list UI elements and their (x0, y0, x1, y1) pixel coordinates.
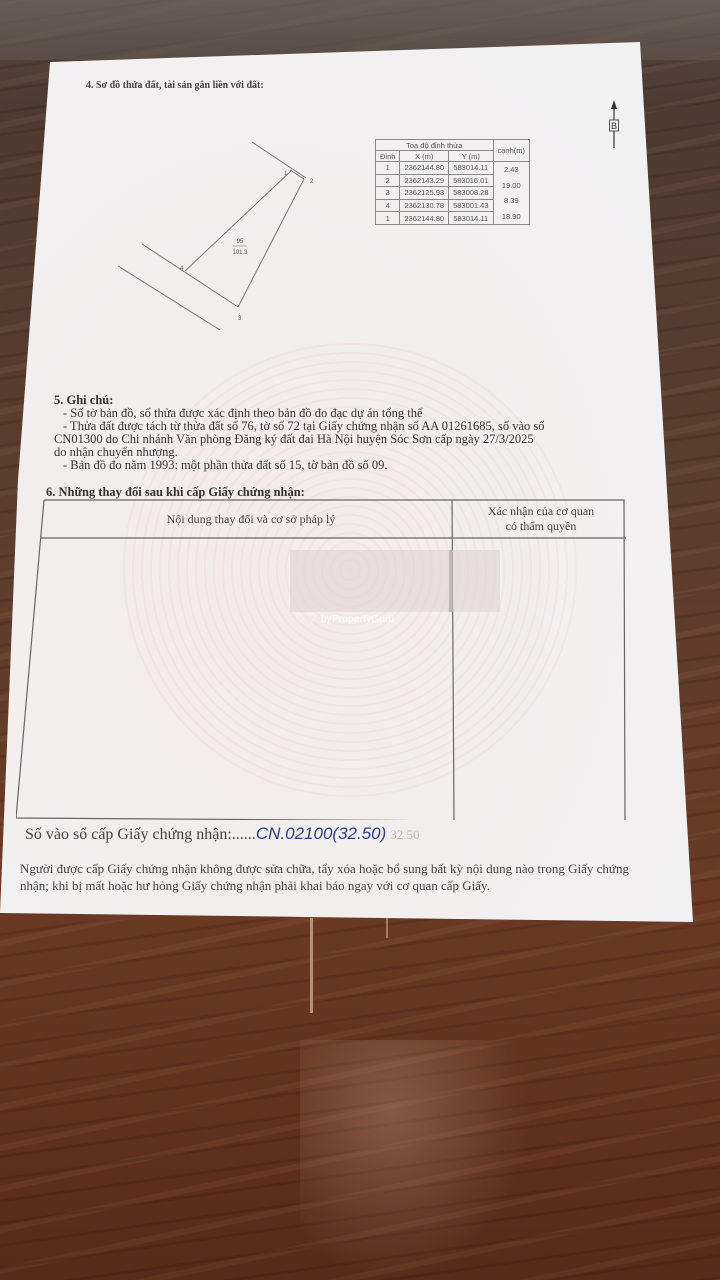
north-arrow-icon: B (607, 100, 621, 150)
coord-group-header: Toạ độ đỉnh thửa (376, 140, 494, 151)
registration-handwritten-value: CN.02100(32.50) (256, 824, 386, 843)
changes-table: Nội dung thay đổi và cơ sở pháp lý Xác n… (16, 498, 626, 820)
col-vertex: Đỉnh (376, 151, 400, 162)
svg-text:2: 2 (310, 179, 314, 185)
notes-section: 5. Ghi chú: - Số tờ bản đồ, số thửa được… (54, 394, 644, 472)
svg-text:95: 95 (237, 239, 244, 245)
certificate-notice: Người được cấp Giấy chứng nhận không đượ… (20, 860, 640, 894)
changes-table-frame (16, 498, 626, 820)
edge-value: 8.39 (498, 196, 526, 205)
edge-value: 19.00 (498, 181, 526, 190)
x-cell: 2362143.29 (400, 174, 449, 187)
vertex-cell: 1 (376, 212, 400, 225)
svg-text:3: 3 (238, 316, 242, 322)
x-cell: 2362130.78 (400, 199, 449, 212)
coordinate-table: Toạ độ đỉnh thửa cạnh(m) Đỉnh X (m) Y (m… (375, 139, 530, 225)
vertex-cell: 2 (376, 174, 400, 187)
edge-lengths: 2.43 19.00 8.39 18.90 (493, 162, 530, 225)
x-cell: 2362144.80 (400, 162, 449, 175)
y-cell: 583014.11 (449, 212, 493, 225)
watermark-text: byPropertyGuru (321, 614, 394, 625)
redacted-area (290, 550, 500, 612)
vertex-cell: 1 (376, 162, 400, 175)
note-line: - Bản đồ đo năm 1993: một phần thửa đất … (54, 459, 644, 472)
col-x: X (m) (400, 151, 449, 162)
redacted-bar (449, 550, 453, 612)
registration-faint-value: 32.50 (390, 827, 419, 842)
registration-label: Số vào sổ cấp Giấy chứng nhận:...... (25, 826, 256, 843)
approval-header-line: có thẩm quyền (456, 519, 626, 534)
vertex-cell: 3 (376, 187, 400, 200)
svg-text:101.3: 101.3 (232, 250, 248, 256)
y-cell: 583016.01 (449, 174, 493, 187)
x-cell: 2362125.93 (400, 187, 449, 200)
parcel-sketch: 1 2 3 4 95 101.3 (110, 130, 330, 330)
table-row: 1 2362144.80 583014.11 2.43 19.00 8.39 1… (376, 162, 530, 175)
edge-value: 18.90 (498, 212, 526, 221)
x-cell: 2362144.80 (400, 212, 449, 225)
wood-crack (386, 918, 388, 938)
y-cell: 583008.28 (449, 187, 493, 200)
section4-title: 4. Sơ đồ thửa đất, tài sản gắn liền với … (86, 80, 264, 91)
watermark-logo-icon: ♡♡ (295, 611, 317, 625)
vertex-cell: 4 (376, 199, 400, 212)
changes-col-content-header: Nội dung thay đổi và cơ sở pháp lý (46, 512, 456, 527)
approval-header-line: Xác nhận của cơ quan (456, 504, 626, 519)
svg-text:B: B (611, 121, 617, 131)
watermark: ♡♡byPropertyGuru (295, 611, 394, 625)
wood-crack (310, 918, 313, 1013)
light-reflection (300, 1040, 530, 1280)
edge-value: 2.43 (498, 165, 526, 174)
col-y: Y (m) (449, 151, 493, 162)
registration-number-line: Số vào sổ cấp Giấy chứng nhận:......CN.0… (25, 824, 420, 844)
edge-header: cạnh(m) (493, 140, 530, 162)
changes-col-approval-header: Xác nhận của cơ quan có thẩm quyền (456, 504, 626, 534)
y-cell: 583001.43 (449, 199, 493, 212)
y-cell: 583014.11 (449, 162, 493, 175)
